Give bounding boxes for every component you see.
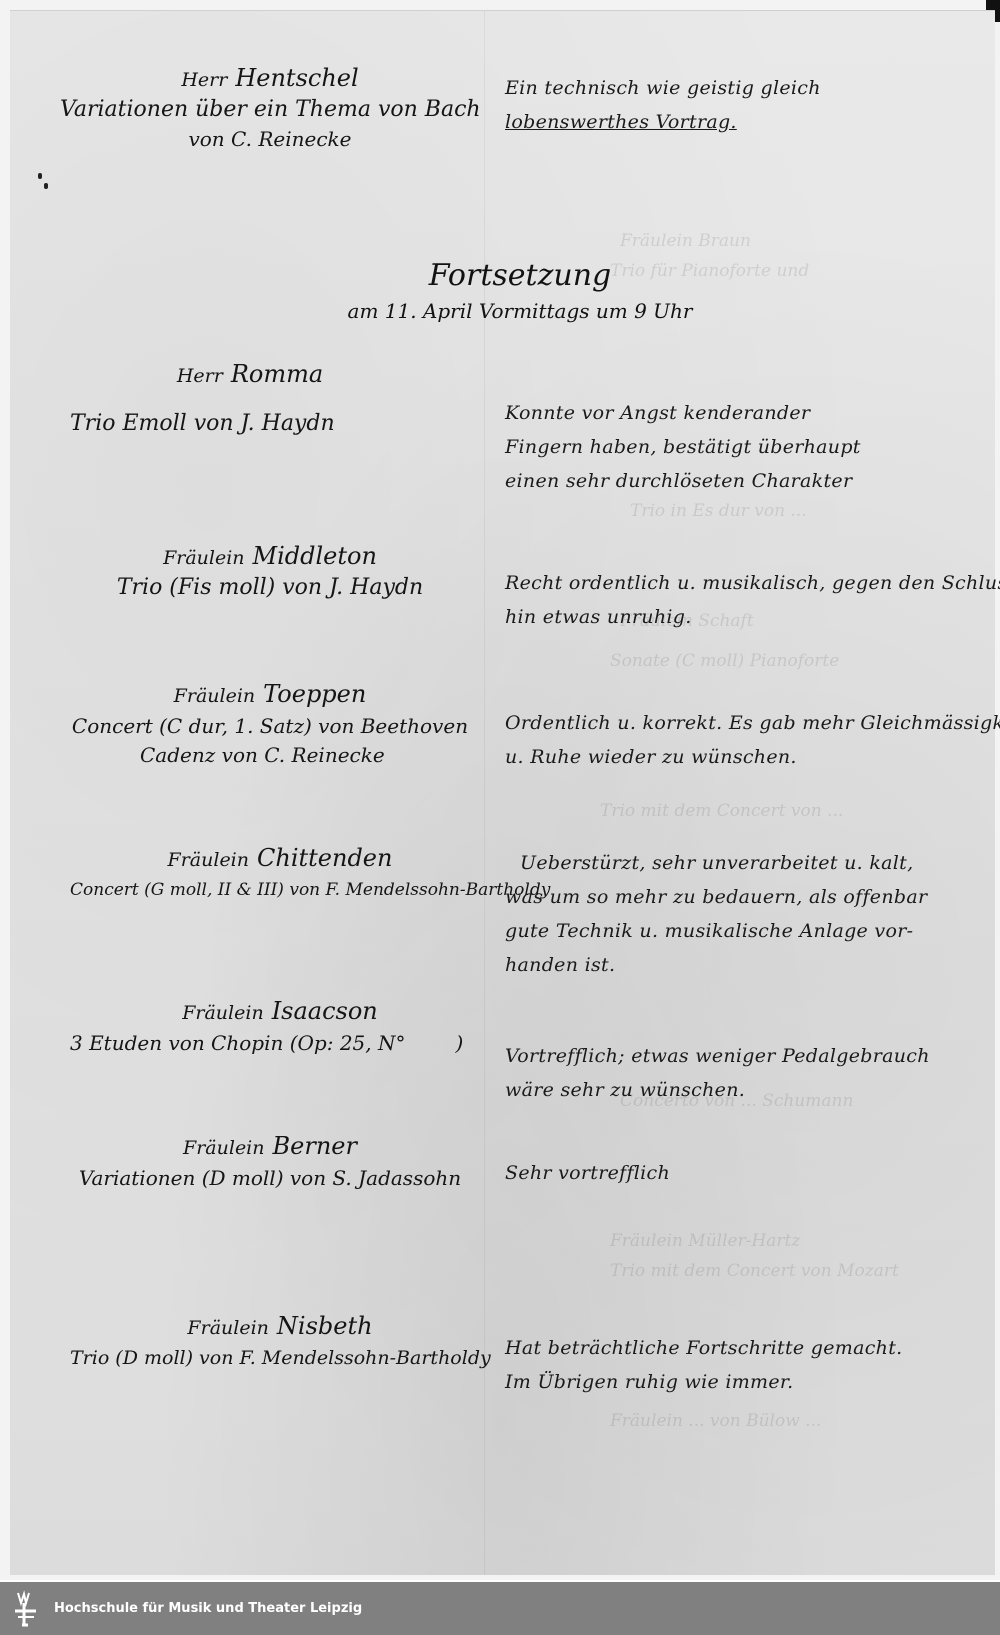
performer-name: Romma (231, 360, 323, 388)
performer-line: FräuleinToeppen (60, 679, 480, 711)
comment-line: Im Übrigen ruhig wie immer. (505, 1365, 903, 1399)
comment-berner: Sehr vortrefflich (505, 1156, 670, 1190)
performer-title: Fräulein (168, 849, 249, 871)
institution-name: Hochschule für Musik und Theater Leipzig (54, 1601, 362, 1616)
performer-title: Fräulein (163, 547, 244, 569)
performer-line: FräuleinMiddleton (60, 541, 480, 573)
work-title: 3 Etuden von Chopin (Op: 25, N° (70, 1031, 405, 1055)
entry-hentschel: HerrHentschel Variationen über ein Thema… (60, 63, 480, 153)
comment-line: Sehr vortrefflich (505, 1156, 670, 1190)
work-title: Concert (G moll, II & III) von F. Mendel… (70, 875, 490, 905)
comment-line: gute Technik u. musikalische Anlage vor- (505, 914, 927, 948)
performer-line: HerrRomma (60, 359, 440, 391)
work-title: Trio (Fis moll) von J. Haydn (60, 573, 480, 603)
work-close-paren: ) (455, 1031, 463, 1055)
comment-nisbeth: Hat beträchtliche Fortschritte gemacht. … (505, 1331, 903, 1399)
entry-middleton: FräuleinMiddleton Trio (Fis moll) von J.… (60, 541, 480, 603)
comment-line: hin etwas unruhig. (505, 600, 1000, 634)
entry-toeppen: FräuleinToeppen Concert (C dur, 1. Satz)… (60, 679, 480, 769)
ink-spot (44, 183, 48, 189)
work-title: Variationen über ein Thema von Bach (60, 95, 480, 125)
work-title: Variationen (D moll) von S. Jadassohn (60, 1163, 480, 1193)
work-subtitle: Cadenz von C. Reinecke (140, 741, 480, 769)
performer-title: Herr (177, 365, 223, 387)
comment-line: Konnte vor Angst kenderander (505, 396, 861, 430)
performer-name: Isaacson (272, 997, 378, 1025)
performer-name: Berner (273, 1132, 357, 1160)
entry-romma: HerrRomma Trio Emoll von J. Haydn (60, 359, 440, 439)
comment-isaacson: Vortrefflich; etwas weniger Pedalgebrauc… (505, 1039, 930, 1107)
comment-line: was um so mehr zu bedauern, als offenbar (505, 880, 927, 914)
performer-line: FräuleinBerner (60, 1131, 480, 1163)
entry-nisbeth: FräuleinNisbeth Trio (D moll) von F. Men… (70, 1311, 490, 1373)
section-title: Fortsetzung (310, 256, 730, 296)
performer-line: FräuleinIsaacson (70, 996, 490, 1028)
work-subtitle: von C. Reinecke (60, 125, 480, 153)
bleed-through-text: Trio mit dem Concert von ... (600, 801, 843, 821)
comment-line: einen sehr durchlöseten Charakter (505, 464, 861, 498)
comment-line: Hat beträchtliche Fortschritte gemacht. (505, 1331, 903, 1365)
comment-toeppen: Ordentlich u. korrekt. Es gab mehr Gleic… (505, 706, 1000, 774)
bleed-through-text: Trio in Es dur von ... (630, 501, 807, 521)
performer-line: HerrHentschel (60, 63, 480, 95)
performer-line: FräuleinChittenden (70, 843, 490, 875)
section-heading: Fortsetzung am 11. April Vormittags um 9… (310, 256, 730, 326)
comment-line: Ein technisch wie geistig gleich (505, 71, 821, 105)
comment-line: lobenswerthes Vortrag. (505, 105, 821, 139)
comment-line: wäre sehr zu wünschen. (505, 1073, 930, 1107)
performer-title: Fräulein (174, 685, 255, 707)
comment-line: Recht ordentlich u. musikalisch, gegen d… (505, 566, 1000, 600)
work-title: Concert (C dur, 1. Satz) von Beethoven (60, 711, 480, 741)
bleed-through-text: Fräulein Müller-Hartz (610, 1231, 800, 1251)
comment-romma: Konnte vor Angst kenderander Fingern hab… (505, 396, 861, 498)
performer-name: Toeppen (263, 680, 366, 708)
comment-chittenden: Ueberstürzt, sehr unverarbeitet u. kalt,… (520, 846, 927, 982)
entry-isaacson: FräuleinIsaacson 3 Etuden von Chopin (Op… (70, 996, 490, 1058)
performer-name: Middleton (253, 542, 377, 570)
comment-line: Ordentlich u. korrekt. Es gab mehr Gleic… (505, 706, 1000, 740)
bleed-through-text: Sonate (C moll) Pianoforte (610, 651, 839, 671)
comment-line: Vortrefflich; etwas weniger Pedalgebrauc… (505, 1039, 930, 1073)
comment-hentschel: Ein technisch wie geistig gleich lobensw… (505, 71, 821, 139)
performer-name: Chittenden (257, 844, 392, 872)
ink-spot (38, 173, 42, 179)
performer-name: Hentschel (235, 64, 358, 92)
bleed-through-text: Trio mit dem Concert von Mozart (610, 1261, 899, 1281)
institution-logo-icon (12, 1589, 38, 1629)
performer-line: FräuleinNisbeth (70, 1311, 490, 1343)
comment-middleton: Recht ordentlich u. musikalisch, gegen d… (505, 566, 1000, 634)
manuscript-page: Fräulein Braun Trio für Pianoforte und T… (10, 10, 995, 1575)
work-title: Trio (D moll) von F. Mendelssohn-Barthol… (70, 1343, 490, 1373)
section-date: am 11. April Vormittags um 9 Uhr (310, 296, 730, 326)
bleed-through-text: Fräulein ... von Bülow ... (610, 1411, 821, 1431)
comment-line: Ueberstürzt, sehr unverarbeitet u. kalt, (520, 846, 927, 880)
performer-title: Herr (181, 69, 227, 91)
entry-berner: FräuleinBerner Variationen (D moll) von … (60, 1131, 480, 1193)
footer-bar: Hochschule für Musik und Theater Leipzig (0, 1582, 1000, 1635)
work-line: 3 Etuden von Chopin (Op: 25, N°) (70, 1028, 490, 1058)
bleed-through-text: Fräulein Braun (620, 231, 751, 251)
comment-line: u. Ruhe wieder zu wünschen. (505, 740, 1000, 774)
performer-title: Fräulein (183, 1137, 264, 1159)
performer-name: Nisbeth (277, 1312, 373, 1340)
performer-title: Fräulein (182, 1002, 263, 1024)
work-title: Trio Emoll von J. Haydn (70, 409, 440, 439)
entry-chittenden: FräuleinChittenden Concert (G moll, II &… (70, 843, 490, 905)
performer-title: Fräulein (187, 1317, 268, 1339)
comment-line: handen ist. (505, 948, 927, 982)
comment-line: Fingern haben, bestätigt überhaupt (505, 430, 861, 464)
